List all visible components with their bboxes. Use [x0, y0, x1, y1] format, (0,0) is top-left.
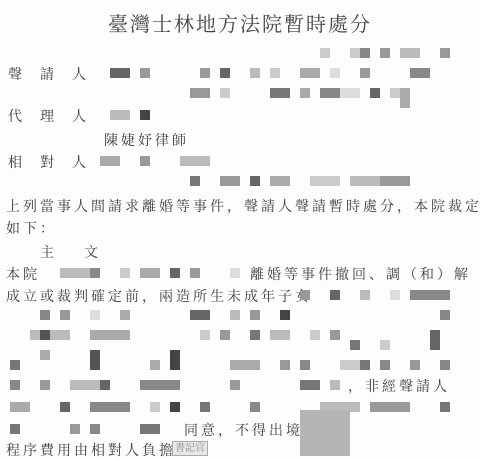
main-line-1-suffix: 離婚等事件撤回、調（和）解	[250, 264, 471, 284]
main-heading: 主 文	[40, 242, 106, 262]
main-line-consent: ，非經聲請人	[348, 376, 450, 396]
agent-label-2: 理	[40, 106, 54, 126]
respondent-label-2: 對	[40, 152, 54, 172]
court-document-page: 臺灣士林地方法院暫時處分 聲 請 人 代 理 人	[0, 0, 480, 459]
intro-line-2: 如下：	[6, 218, 57, 238]
clerk-stamp: 書記官	[172, 441, 208, 456]
main-line-1-prefix: 本院	[6, 264, 40, 284]
agent-label-1: 代	[8, 106, 22, 126]
document-title: 臺灣士林地方法院暫時處分	[0, 8, 480, 37]
main-line-exit: 同意，不得出境	[184, 420, 303, 440]
respondent-label-3: 人	[72, 152, 86, 172]
agent-name: 陳婕妤律師	[104, 130, 189, 150]
respondent-label-1: 相	[8, 152, 22, 172]
intro-line-1: 上列當事人間請求離婚等事件，聲請人聲請暫時處分，本院裁定	[6, 196, 480, 216]
cost-line: 程序費用由相對人負擔	[6, 440, 176, 459]
main-line-2: 成立或裁判確定前，兩造所生未成年子女	[6, 286, 312, 306]
applicant-label-3: 人	[72, 64, 86, 84]
applicant-label-2: 請	[40, 64, 54, 84]
agent-label-3: 人	[72, 106, 86, 126]
applicant-label-1: 聲	[8, 64, 22, 84]
